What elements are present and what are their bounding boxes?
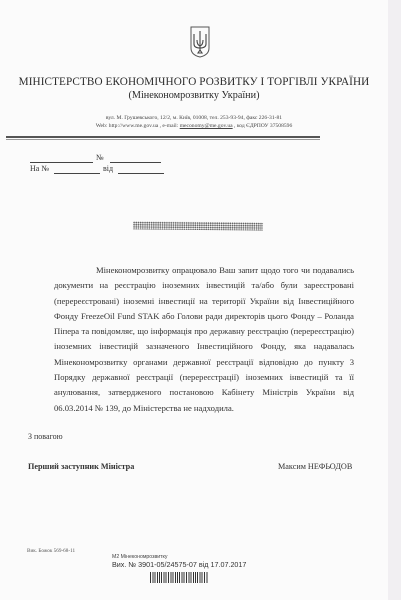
edrpou-code: , код ЄДРПОУ 37508596 (233, 123, 293, 129)
web-address: Web: http://www.me.gov.ua , e-mail: (96, 123, 180, 129)
closing-regards: З повагою (28, 432, 63, 441)
trident-coat-of-arms-icon (190, 26, 210, 58)
letter-body: Мінекономрозвитку опрацювало Ваш запит щ… (54, 263, 354, 416)
barcode-icon (150, 572, 208, 583)
header-divider-thin (6, 139, 320, 140)
header-divider (6, 136, 320, 138)
redacted-addressee (133, 221, 263, 230)
address-line: вул. М. Грушевського, 12/2, м. Київ, 010… (0, 115, 388, 121)
stamp-outgoing-number: Вих. № 3901-05/24575-07 від 17.07.2017 (112, 560, 246, 569)
outgoing-number-line (110, 162, 161, 163)
reply-date-line (118, 173, 164, 174)
contacts-line: Web: http://www.me.gov.ua , e-mail: meco… (0, 123, 388, 129)
executor-info: Вик. Божок 569-68-11 (27, 548, 75, 554)
email-link[interactable]: meconomy@me.gov.ua (180, 123, 233, 129)
letter-page: МІНІСТЕРСТВО ЕКОНОМІЧНОГО РОЗВИТКУ І ТОР… (0, 0, 388, 600)
in-reply-label: На № (30, 164, 49, 173)
ministry-name: МІНІСТЕРСТВО ЕКОНОМІЧНОГО РОЗВИТКУ І ТОР… (0, 76, 388, 88)
body-paragraph: Мінекономрозвитку опрацювало Ваш запит щ… (54, 263, 354, 416)
signer-name: Максим НЕФЬОДОВ (278, 462, 352, 471)
from-label: від (103, 164, 113, 173)
number-label: № (96, 153, 104, 162)
reply-number-line (54, 173, 100, 174)
outgoing-date-line (30, 162, 93, 163)
scan-edge (388, 0, 401, 600)
signer-title: Перший заступник Міністра (28, 462, 134, 471)
ministry-short-name: (Мінекономрозвитку України) (0, 90, 388, 101)
